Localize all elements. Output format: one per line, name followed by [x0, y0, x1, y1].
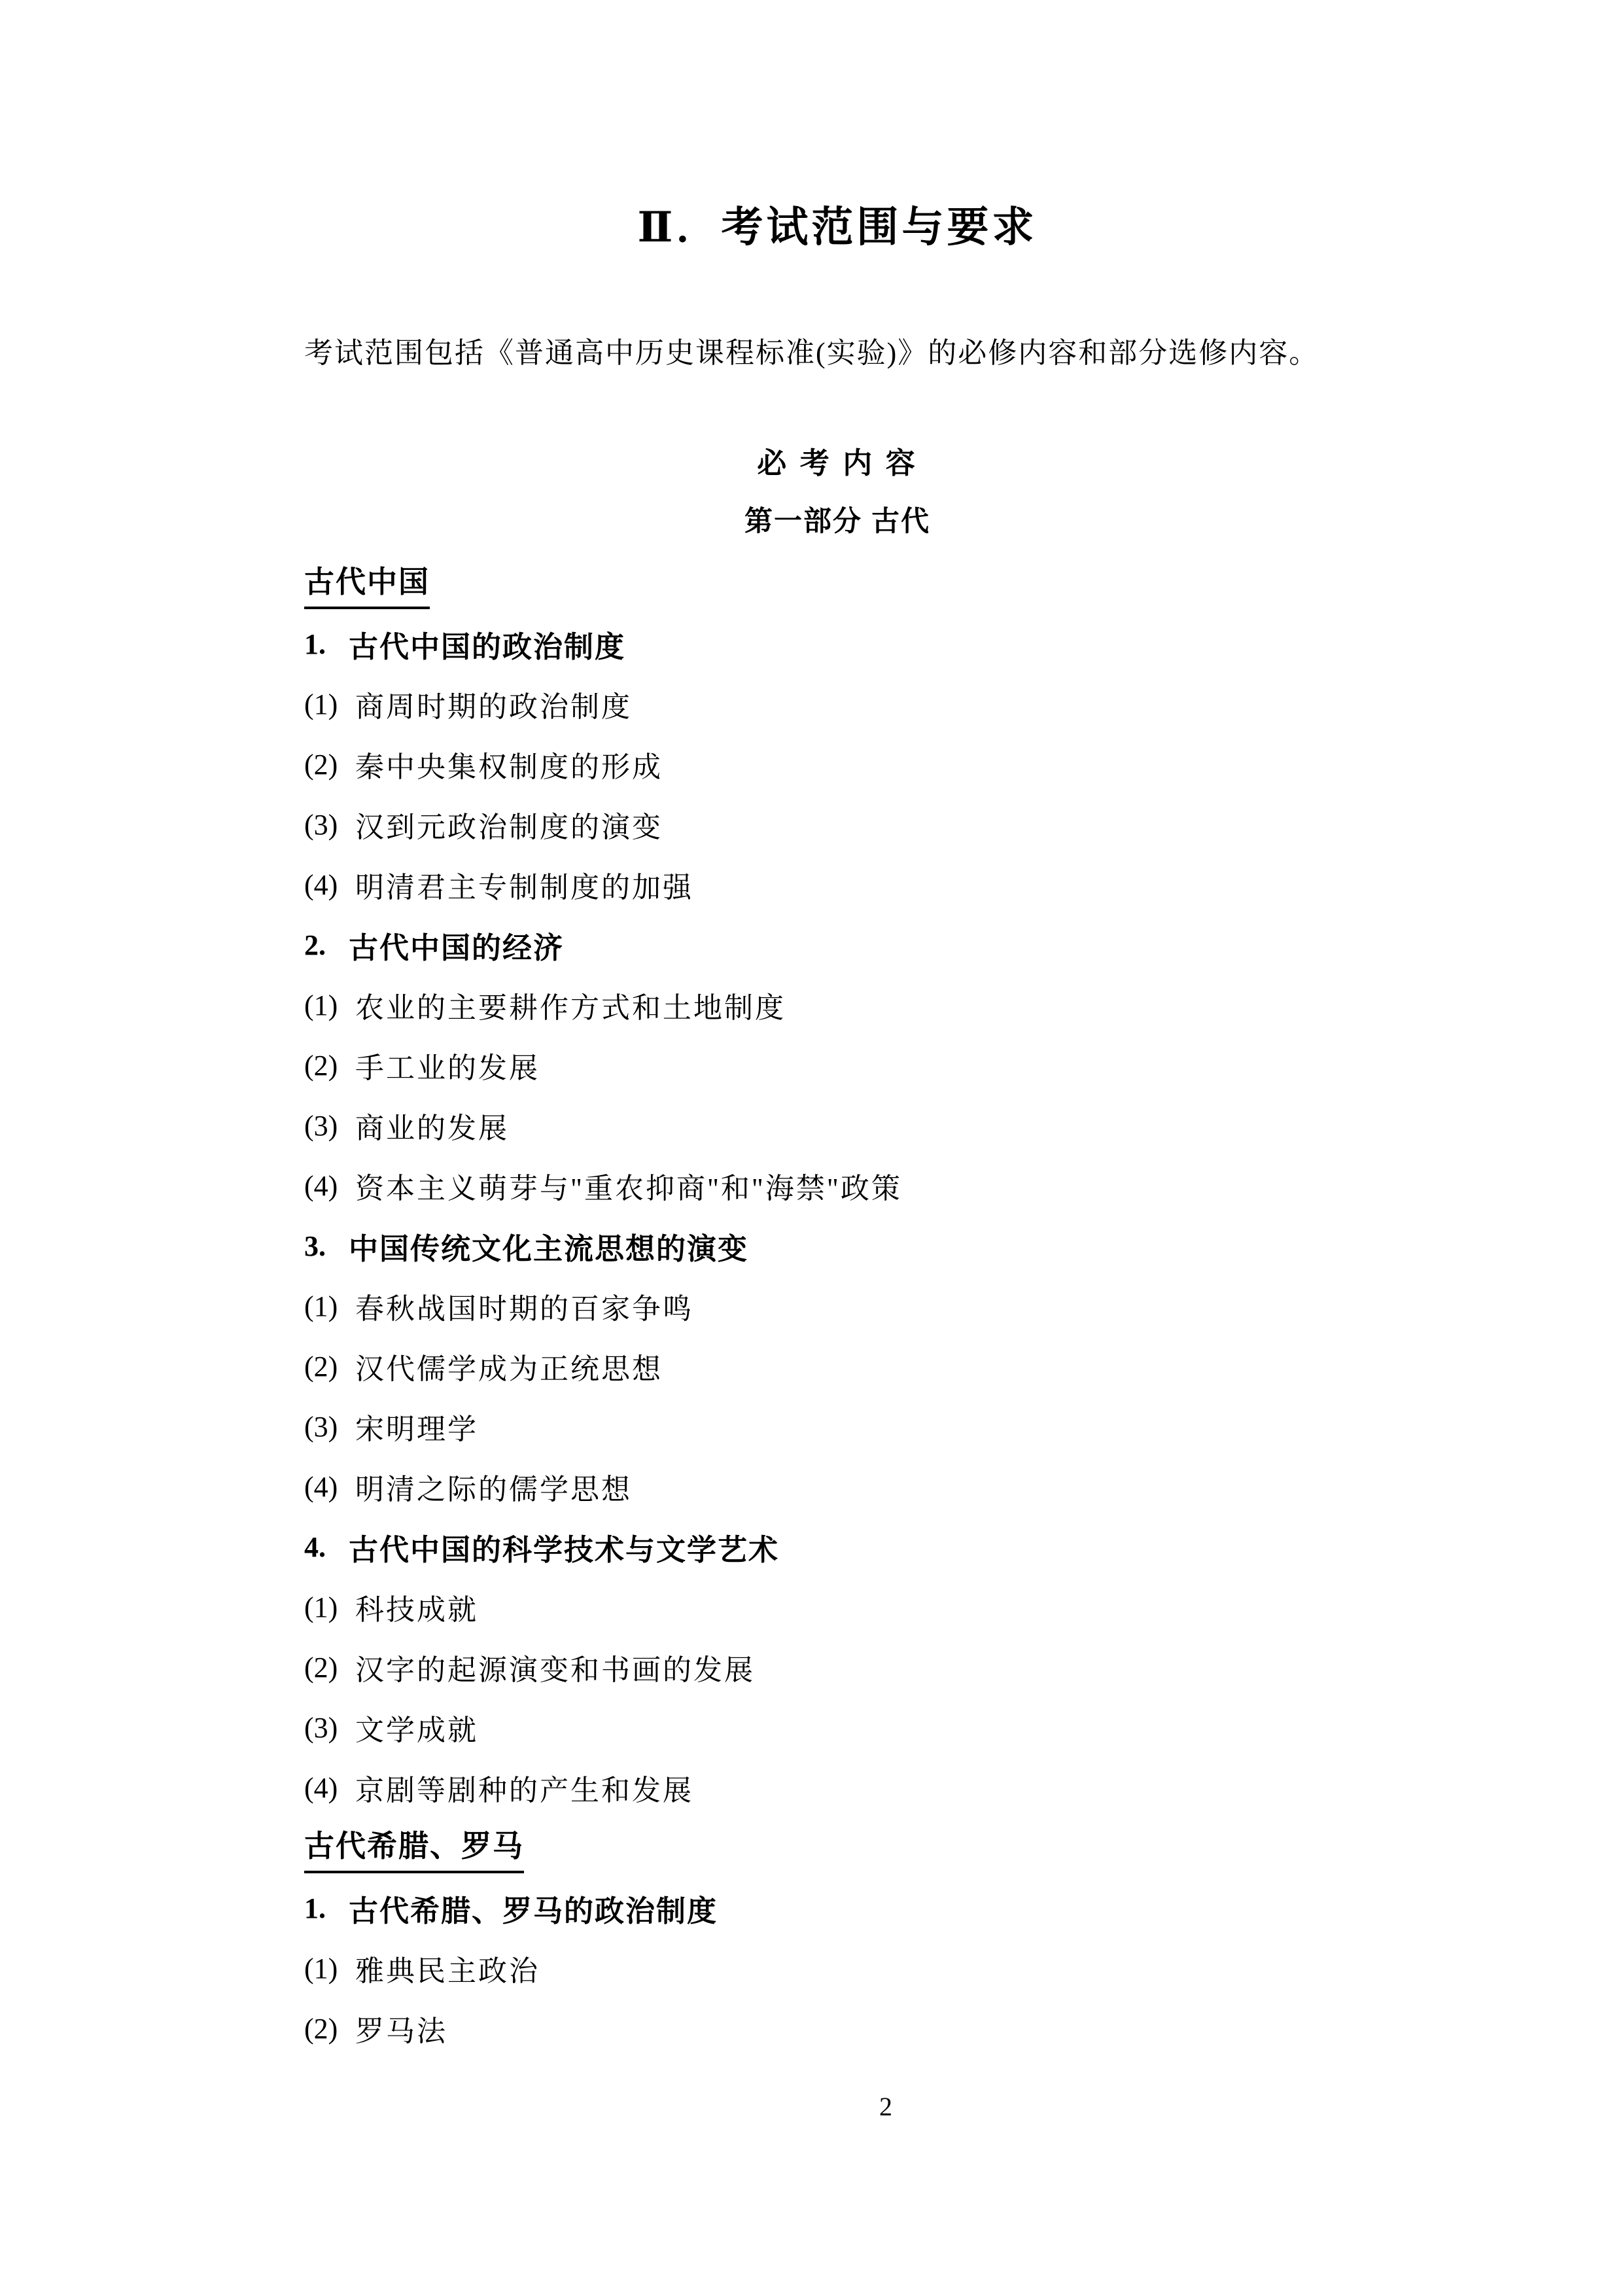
group-heading-row: 1.古代中国的政治制度 — [304, 614, 1492, 674]
line-number: (2) — [304, 748, 355, 781]
line-text: 科技成就 — [355, 1586, 478, 1628]
line-number: (2) — [304, 1049, 355, 1082]
line-text: 资本主义萌芽与"重农抑商"和"海禁"政策 — [355, 1165, 902, 1207]
line-number: (3) — [304, 1109, 355, 1142]
line-number: (2) — [304, 1651, 355, 1684]
line-number: (4) — [304, 1470, 355, 1504]
list-item-row: (3)商业的发展 — [304, 1095, 1492, 1156]
group-heading-row: 3.中国传统文化主流思想的演变 — [304, 1216, 1492, 1276]
line-text: 汉代儒学成为正统思想 — [355, 1345, 663, 1387]
line-text: 雅典民主政治 — [355, 1947, 540, 1989]
line-text: 中国传统文化主流思想的演变 — [349, 1225, 748, 1267]
line-number: (3) — [304, 1410, 355, 1443]
line-number: (3) — [304, 1711, 355, 1744]
line-number: (1) — [304, 1591, 355, 1624]
content-list: 古代中国1.古代中国的政治制度(1)商周时期的政治制度(2)秦中央集权制度的形成… — [304, 554, 1492, 2058]
list-item-row: (4)京剧等剧种的产生和发展 — [304, 1757, 1492, 1818]
list-item-row: (1)春秋战国时期的百家争鸣 — [304, 1276, 1492, 1336]
line-text: 古代希腊、罗马 — [304, 1822, 524, 1873]
line-text: 商业的发展 — [355, 1104, 509, 1146]
document-title: Ⅱ．考试范围与要求 — [304, 205, 1370, 249]
list-item-row: (1)雅典民主政治 — [304, 1938, 1492, 1998]
group-heading-row: 4.古代中国的科学技术与文学艺术 — [304, 1517, 1492, 1577]
list-item-row: (3)宋明理学 — [304, 1396, 1492, 1457]
line-text: 古代中国的科学技术与文学艺术 — [349, 1526, 779, 1568]
line-text: 汉字的起源演变和书画的发展 — [355, 1646, 755, 1688]
line-text: 商周时期的政治制度 — [355, 683, 632, 725]
line-number: (3) — [304, 808, 355, 841]
group-heading-row: 1.古代希腊、罗马的政治制度 — [304, 1878, 1492, 1938]
line-text: 手工业的发展 — [355, 1044, 540, 1086]
line-number: (2) — [304, 1350, 355, 1383]
line-number: 1. — [304, 1892, 349, 1925]
list-item-row: (2)罗马法 — [304, 1998, 1492, 2058]
line-text: 春秋战国时期的百家争鸣 — [355, 1285, 693, 1327]
list-item-row: (4)明清之际的儒学思想 — [304, 1457, 1492, 1517]
list-item-row: (1)农业的主要耕作方式和土地制度 — [304, 975, 1492, 1035]
line-text: 农业的主要耕作方式和土地制度 — [355, 984, 786, 1026]
list-item-row: (1)科技成就 — [304, 1577, 1492, 1637]
list-item-row: (4)资本主义萌芽与"重农抑商"和"海禁"政策 — [304, 1156, 1492, 1216]
line-text: 宋明理学 — [355, 1405, 478, 1447]
line-number: (1) — [304, 1952, 355, 1985]
line-text: 古代希腊、罗马的政治制度 — [349, 1887, 718, 1930]
line-text: 古代中国 — [304, 558, 430, 609]
part-one-heading: 第一部分 古代 — [304, 507, 1370, 537]
list-item-row: (1)商周时期的政治制度 — [304, 674, 1492, 734]
line-number: 3. — [304, 1229, 349, 1263]
line-text: 明清君主专制制度的加强 — [355, 864, 693, 906]
line-text: 古代中国的经济 — [349, 924, 564, 966]
line-number: (1) — [304, 688, 355, 721]
list-item-row: (4)明清君主专制制度的加强 — [304, 855, 1492, 915]
list-item-row: (3)文学成就 — [304, 1697, 1492, 1757]
line-number: (1) — [304, 989, 355, 1022]
line-number: 4. — [304, 1530, 349, 1564]
page-number: 2 — [353, 2093, 1419, 2121]
line-text: 京剧等剧种的产生和发展 — [355, 1767, 693, 1809]
list-item-row: (2)秦中央集权制度的形成 — [304, 734, 1492, 794]
list-item-row: (2)汉字的起源演变和书画的发展 — [304, 1637, 1492, 1697]
line-number: (4) — [304, 1169, 355, 1203]
section-title-row: 古代中国 — [304, 554, 1492, 614]
intro-paragraph: 考试范围包括《普通高中历史课程标准(实验)》的必修内容和部分选修内容。 — [304, 338, 1416, 369]
line-number: (4) — [304, 868, 355, 902]
list-item-row: (2)汉代儒学成为正统思想 — [304, 1336, 1492, 1396]
line-text: 罗马法 — [355, 2007, 447, 2049]
group-heading-row: 2.古代中国的经济 — [304, 915, 1492, 975]
line-text: 秦中央集权制度的形成 — [355, 743, 663, 785]
line-number: 2. — [304, 928, 349, 962]
line-number: (2) — [304, 2012, 355, 2045]
line-text: 文学成就 — [355, 1706, 478, 1748]
required-content-heading: 必 考 内 容 — [304, 448, 1370, 478]
line-text: 汉到元政治制度的演变 — [355, 804, 663, 845]
section-title-row: 古代希腊、罗马 — [304, 1818, 1492, 1878]
line-number: (4) — [304, 1771, 355, 1805]
line-number: 1. — [304, 627, 349, 661]
line-text: 古代中国的政治制度 — [349, 623, 625, 665]
list-item-row: (2)手工业的发展 — [304, 1035, 1492, 1095]
line-number: (1) — [304, 1290, 355, 1323]
list-item-row: (3)汉到元政治制度的演变 — [304, 794, 1492, 855]
line-text: 明清之际的儒学思想 — [355, 1466, 632, 1508]
document-page: Ⅱ．考试范围与要求 考试范围包括《普通高中历史课程标准(实验)》的必修内容和部分… — [0, 0, 1623, 2296]
